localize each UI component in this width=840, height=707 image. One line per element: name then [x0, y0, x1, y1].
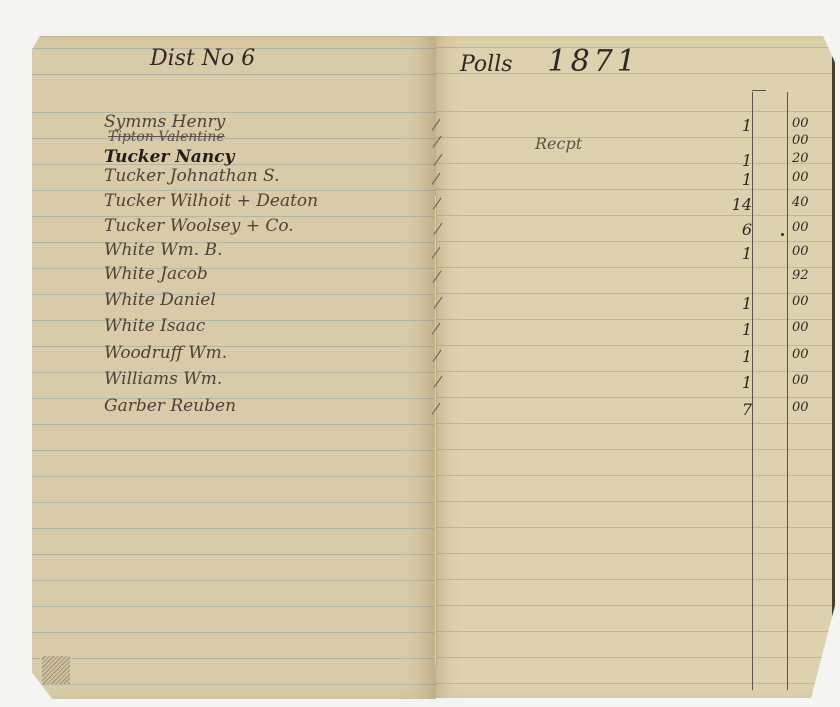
amount-dollars: 1: [712, 373, 752, 392]
ledger-entry-name: White Isaac: [104, 316, 205, 342]
year-label: 1871: [548, 44, 640, 79]
column-rule-hook: [752, 90, 766, 91]
amount-cents: 00: [792, 170, 809, 185]
amount-cents: 00: [792, 244, 809, 259]
amount-dollars: 1: [712, 151, 752, 170]
amount-dollars: 7: [712, 400, 752, 419]
amount-cents: 00: [792, 294, 809, 309]
ledger-entry-name: Garber Reuben: [104, 396, 236, 422]
dollars-column-rule: [752, 92, 753, 690]
left-page: [32, 36, 436, 699]
cents-column-rule: [787, 92, 788, 690]
amount-cents: 00: [792, 320, 809, 335]
ledger-entry-name: White Daniel: [104, 290, 216, 316]
amount-cents: 00: [792, 400, 809, 415]
amount-dollars: 1: [712, 294, 752, 313]
ledger-entry-name: Tucker Wilhoit + Deaton: [104, 191, 318, 217]
right-page: [436, 36, 835, 698]
amount-dollars: 1: [712, 320, 752, 339]
amount-cents: 20: [792, 151, 809, 166]
ledger-entry-name: Tucker Woolsey + Co.: [104, 216, 294, 242]
receipt-column-label: Recpt: [535, 134, 582, 153]
amount-dollars: 1: [712, 170, 752, 189]
ledger-entry-name: Williams Wm.: [104, 369, 222, 395]
folded-corner: [42, 656, 70, 684]
amount-cents: 00: [792, 220, 809, 235]
district-header: Dist No 6: [150, 46, 255, 71]
amount-cents: 00: [792, 373, 809, 388]
decimal-point: [781, 233, 784, 236]
amount-cents: 92: [792, 268, 809, 283]
amount-cents: 00: [792, 116, 809, 131]
amount-dollars: 1: [712, 347, 752, 366]
amount-cents: 40: [792, 195, 809, 210]
amount-cents: 00: [792, 347, 809, 362]
amount-dollars: 6: [712, 220, 752, 239]
polls-label: Polls: [460, 52, 513, 77]
ledger-entry-name: Woodruff Wm.: [104, 343, 227, 369]
ledger-entry-name: White Jacob: [104, 264, 208, 290]
polls-header: Polls 1871: [460, 44, 640, 79]
ledger-entry-name: Tucker Johnathan S.: [104, 166, 280, 192]
amount-dollars: 14: [712, 195, 752, 214]
ledger-entry-name: White Wm. B.: [104, 240, 222, 266]
amount-cents: 00: [792, 133, 809, 148]
amount-dollars: 1: [712, 244, 752, 263]
binding-spine: [434, 196, 437, 666]
amount-dollars: 1: [712, 116, 752, 135]
